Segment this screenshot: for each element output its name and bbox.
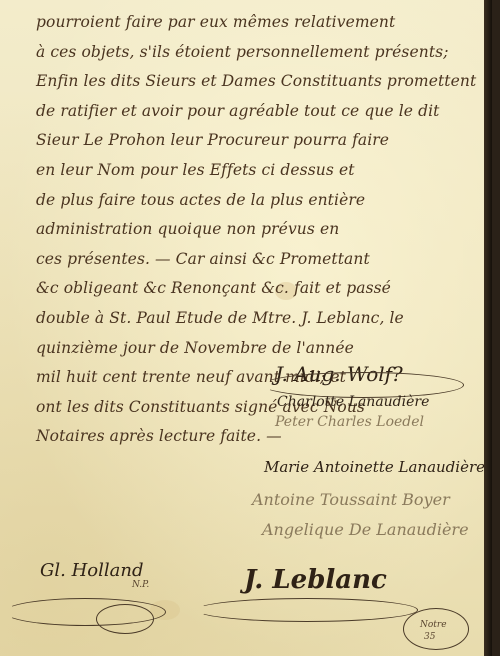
text-line: Sieur Le Prohon leur Procureur pourra fa…	[36, 126, 486, 156]
text-line: de plus faire tous actes de la plus enti…	[36, 186, 486, 216]
page-edge-shadow	[484, 0, 492, 656]
signature-angelique: Angelique De Lanaudière	[262, 520, 469, 539]
text-line: double à St. Paul Etude de Mtre. J. Lebl…	[36, 304, 486, 334]
signature-flourish	[196, 598, 418, 622]
signature-marie: Marie Antoinette Lanaudière	[264, 458, 485, 476]
text-line: quinzième jour de Novembre de l'année	[36, 334, 486, 364]
signature-charlotte: Charlotte Lanaudière	[277, 394, 429, 410]
notary-suffix: Notre	[420, 620, 447, 630]
text-line: &c obligeant &c Renonçant &c. fait et pa…	[36, 274, 486, 304]
text-line: de ratifier et avoir pour agréable tout …	[36, 97, 486, 127]
signature-flourish	[96, 604, 154, 634]
signature-antoine: Antoine Toussaint Boyer	[252, 490, 450, 509]
text-line: pourroient faire par eux mêmes relativem…	[36, 8, 486, 38]
notary-number: 35	[424, 632, 435, 642]
signature-notary-holland: Gl. Holland	[40, 560, 143, 581]
signature-peter: Peter Charles Loedel	[275, 414, 424, 430]
text-line: ces présentes. — Car ainsi &c Promettant	[36, 245, 486, 275]
notary-suffix: N.P.	[132, 580, 149, 590]
document-page: pourroient faire par eux mêmes relativem…	[0, 0, 492, 656]
text-line: administration quoique non prévus en	[36, 215, 486, 245]
text-line: Enfin les dits Sieurs et Dames Constitua…	[36, 67, 486, 97]
signature-notary-leblanc: J. Leblanc	[244, 565, 387, 595]
text-line: en leur Nom pour les Effets ci dessus et	[36, 156, 486, 186]
text-line: à ces objets, s'ils étoient personnellem…	[36, 38, 486, 68]
